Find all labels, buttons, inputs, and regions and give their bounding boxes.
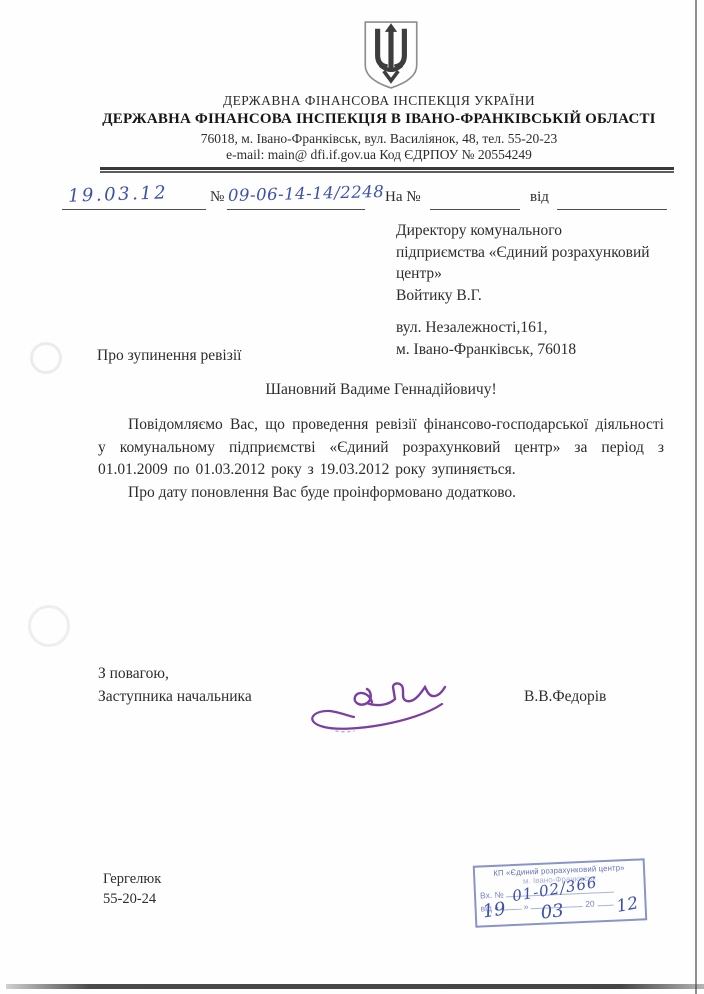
recipient-line: підприємства «Єдиний розрахунковий — [396, 242, 676, 264]
stamp-handwritten-year: 12 — [615, 893, 640, 917]
date-underline — [62, 208, 206, 210]
reply-date-blank — [557, 208, 667, 210]
handwritten-signature-icon — [292, 676, 472, 738]
signer-name: В.В.Федорів — [524, 688, 606, 706]
punch-hole-mark — [30, 342, 62, 374]
handwritten-date: 19.03.12 — [68, 182, 169, 206]
reply-to-label: На № — [385, 189, 421, 206]
letterhead-divider — [100, 167, 674, 173]
org-name: ДЕРЖАВНА ФІНАНСОВА ІНСПЕКЦІЯ В ІВАНО-ФРА… — [66, 111, 692, 129]
org-email-line: e-mail: main@ dfi.if.gov.ua Код ЄДРПОУ №… — [66, 147, 692, 163]
recipient-line: центр» — [396, 263, 676, 285]
number-label: № — [210, 189, 224, 206]
executor-phone: 55-20-24 — [103, 890, 161, 910]
recipient-block: Директору комунального підприємства «Єди… — [396, 220, 676, 360]
stamp-year-prefix: 20 — [585, 899, 595, 909]
letter-body: Повідомляємо Вас, що проведення ревізії … — [98, 414, 664, 504]
handwritten-ref-number: 09-06-14-14/2248 — [228, 182, 385, 205]
incoming-registration-stamp: КП «Єдиний розрахунковий центр» м. Івано… — [473, 858, 648, 927]
punch-hole-mark — [28, 605, 70, 647]
recipient-line: Директору комунального — [396, 220, 676, 242]
recipient-line: Войтику В.Г. — [396, 285, 676, 307]
scan-edge-bottom — [6, 984, 704, 989]
spacer — [396, 306, 676, 317]
body-paragraph: Про дату поновлення Вас буде проінформов… — [98, 482, 664, 505]
stamp-handwritten-day: 19 — [481, 898, 507, 922]
scan-edge-right — [695, 0, 697, 994]
letterhead: ДЕРЖАВНА ФІНАНСОВА ІНСПЕКЦІЯ УКРАЇНИ ДЕР… — [66, 93, 692, 162]
reply-number-blank — [430, 208, 520, 210]
subject-line: Про зупинення ревізії — [97, 347, 241, 365]
ukraine-trident-emblem-icon — [360, 20, 422, 90]
ref-number-underline — [227, 208, 365, 210]
executor-block: Гергелюк 55-20-24 — [103, 870, 161, 909]
body-paragraph: Повідомляємо Вас, що проведення ревізії … — [98, 414, 664, 482]
stamp-handwritten-month: 03 — [540, 900, 565, 923]
stamp-blank — [597, 904, 613, 907]
scanned-letter-page: ДЕРЖАВНА ФІНАНСОВА ІНСПЕКЦІЯ УКРАЇНИ ДЕР… — [0, 0, 704, 994]
closing-block: З повагою, Заступника начальника — [98, 663, 252, 708]
reply-date-label: від — [530, 189, 549, 206]
closing-phrase: З повагою, — [98, 663, 252, 686]
org-address: 76018, м. Івано-Франківськ, вул. Василія… — [66, 131, 692, 147]
parent-org-name: ДЕРЖАВНА ФІНАНСОВА ІНСПЕКЦІЯ УКРАЇНИ — [66, 93, 692, 109]
signer-position: Заступника начальника — [98, 686, 252, 709]
recipient-address-line: м. Івано-Франківськ, 76018 — [396, 339, 676, 361]
executor-name: Гергелюк — [103, 870, 161, 890]
recipient-address-line: вул. Незалежності,161, — [396, 317, 676, 339]
salutation: Шановний Вадиме Геннадійовичу! — [98, 381, 664, 399]
